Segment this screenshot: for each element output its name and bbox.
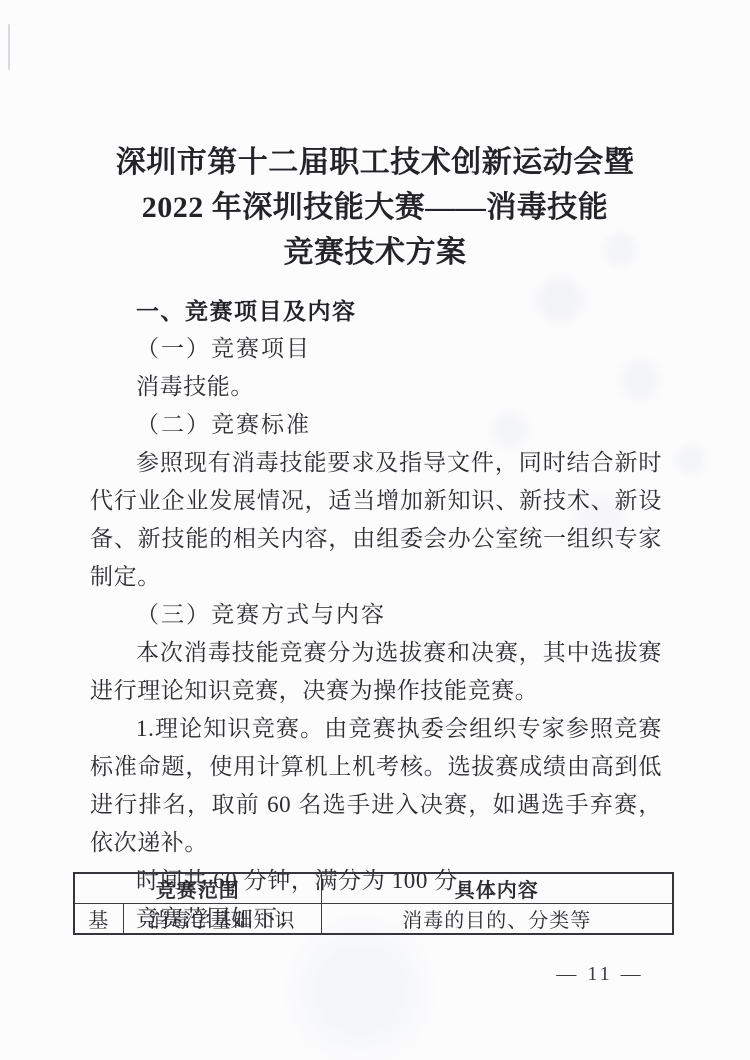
scan-edge-artifact bbox=[8, 24, 10, 70]
page-number: — 11 — bbox=[540, 963, 660, 986]
title-line-2: 2022 年深圳技能大赛——消毒技能 bbox=[60, 185, 690, 230]
subsection-3-paragraph-2: 1.理论知识竞赛。由竞赛执委会组织专家参照竞赛标准命题，使用计算机上机考核。选拔… bbox=[90, 710, 662, 862]
title-line-1: 深圳市第十二届职工技术创新运动会暨 bbox=[60, 140, 690, 185]
document-page: 深圳市第十二届职工技术创新运动会暨 2022 年深圳技能大赛——消毒技能 竞赛技… bbox=[0, 0, 750, 1060]
subsection-heading-1: （一）竞赛项目 bbox=[90, 330, 662, 368]
table-cell-scope: 消毒学基础知识 bbox=[123, 904, 321, 935]
table-cell-detail: 消毒的目的、分类等 bbox=[321, 904, 673, 935]
document-body: 一、竞赛项目及内容 （一）竞赛项目 消毒技能。 （二）竞赛标准 参照现有消毒技能… bbox=[90, 292, 662, 938]
table-row: 基 消毒学基础知识 消毒的目的、分类等 bbox=[74, 904, 673, 935]
subsection-heading-2: （二）竞赛标准 bbox=[90, 406, 662, 444]
subsection-heading-3: （三）竞赛方式与内容 bbox=[90, 596, 662, 634]
subsection-1-body: 消毒技能。 bbox=[90, 368, 662, 406]
table-header-row: 竞赛范围 具体内容 bbox=[74, 873, 673, 904]
table-cell-category: 基 bbox=[74, 904, 123, 935]
table-header-scope: 竞赛范围 bbox=[74, 873, 321, 904]
title-line-3: 竞赛技术方案 bbox=[60, 230, 690, 275]
competition-scope-table: 竞赛范围 具体内容 基 消毒学基础知识 消毒的目的、分类等 bbox=[73, 872, 674, 935]
section-heading-1: 一、竞赛项目及内容 bbox=[90, 292, 662, 330]
subsection-2-paragraph: 参照现有消毒技能要求及指导文件，同时结合新时代行业企业发展情况，适当增加新知识、… bbox=[90, 444, 662, 596]
document-title: 深圳市第十二届职工技术创新运动会暨 2022 年深圳技能大赛——消毒技能 竞赛技… bbox=[60, 140, 690, 275]
table-header-detail: 具体内容 bbox=[321, 873, 673, 904]
subsection-3-paragraph-1: 本次消毒技能竞赛分为选拔赛和决赛，其中选拔赛进行理论知识竞赛，决赛为操作技能竞赛… bbox=[90, 634, 662, 710]
